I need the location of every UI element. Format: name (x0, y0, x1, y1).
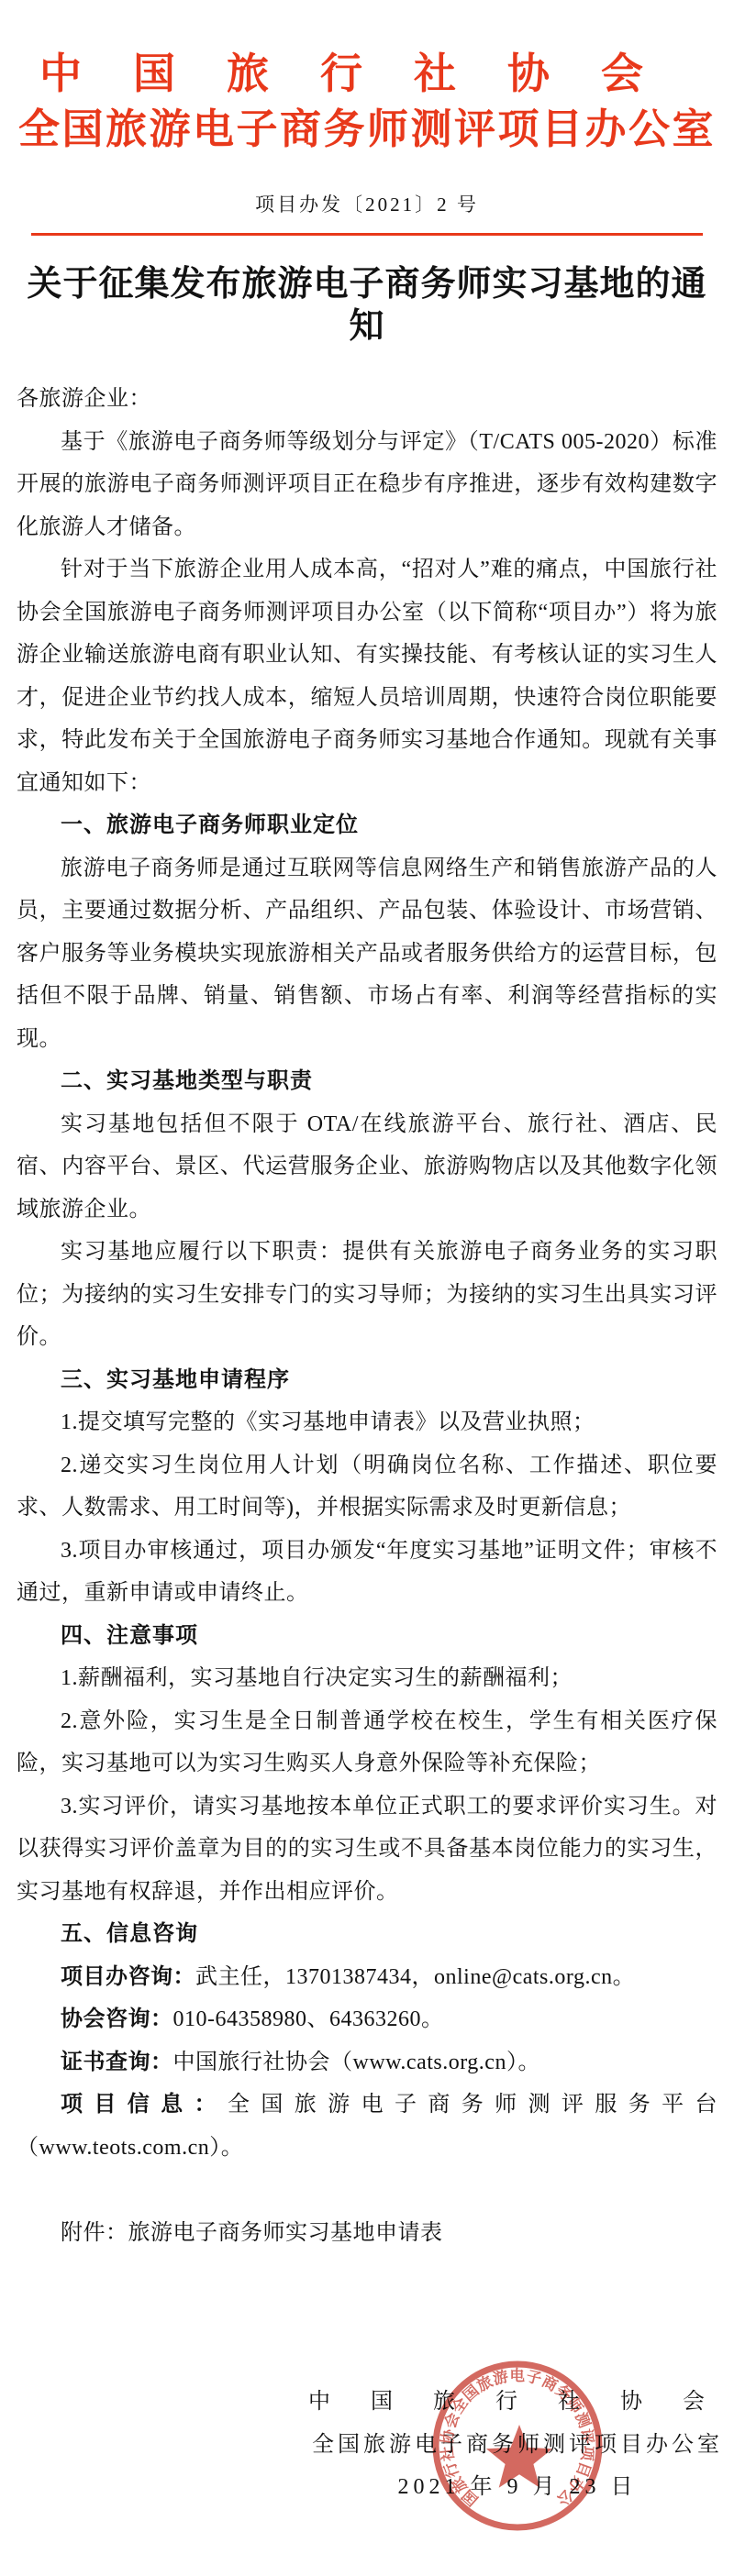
letterhead-org-secondary: 全国旅游电子商务师测评项目办公室 (17, 106, 717, 152)
signature-org-secondary: 全国旅游电子商务师测评项目办公室 (308, 2424, 727, 2467)
contact-line: 项目信息：全国旅游电子商务师测评服务平台（www.teots.com.cn）。 (17, 2084, 717, 2169)
contact-line: 项目办咨询：武主任，13701387434，online@cats.org.cn… (17, 1956, 717, 1999)
section-4-item: 1.薪酬福利，实习基地自行决定实习生的薪酬福利； (17, 1657, 717, 1700)
section-2-paragraph: 实习基地应履行以下职责：提供有关旅游电子商务业务的实习职位；为接纳的实习生安排专… (17, 1231, 717, 1359)
section-2-paragraph: 实习基地包括但不限于 OTA/在线旅游平台、旅行社、酒店、民宿、内容平台、景区、… (17, 1103, 717, 1232)
section-3-item: 1.提交填写完整的《实习基地申请表》以及营业执照； (17, 1401, 717, 1444)
contact-line: 证书查询：中国旅行社协会（www.cats.org.cn）。 (17, 2041, 717, 2084)
contact-label: 项目办咨询： (61, 1965, 195, 1989)
section-heading-4: 四、注意事项 (17, 1615, 717, 1658)
section-heading-1: 一、旅游电子商务师职业定位 (17, 804, 717, 847)
section-1-paragraph: 旅游电子商务师是通过互联网等信息网络生产和销售旅游产品的人员，主要通过数据分析、… (17, 847, 717, 1061)
intro-paragraph: 基于《旅游电子商务师等级划分与评定》（T/CATS 005-2020）标准开展的… (17, 421, 717, 549)
contact-label: 协会咨询： (61, 2007, 173, 2031)
contact-value: 010-64358980、64363260。 (173, 2007, 444, 2031)
section-4-item: 2.意外险，实习生是全日制普通学校在校生，学生有相关医疗保险，实习基地可以为实习… (17, 1700, 717, 1786)
document-page: 中国旅行社协会 全国旅游电子商务师测评项目办公室 项目办发〔2021〕2 号 关… (0, 50, 734, 2255)
section-heading-2: 二、实习基地类型与职责 (17, 1060, 717, 1103)
section-3-item: 3.项目办审核通过，项目办颁发“年度实习基地”证明文件；审核不通过，重新申请或申… (17, 1530, 717, 1615)
salutation: 各旅游企业： (17, 378, 717, 421)
letterhead-org-primary: 中国旅行社协会 (0, 50, 717, 99)
section-3-item: 2.递交实习生岗位用人计划（明确岗位名称、工作描述、职位要求、人数需求、用工时间… (17, 1444, 717, 1530)
contact-label: 证书查询： (61, 2051, 173, 2074)
attachment-note: 附件：旅游电子商务师实习基地申请表 (17, 2212, 717, 2255)
contact-line: 协会咨询：010-64358980、64363260。 (17, 1998, 717, 2041)
document-body: 各旅游企业： 基于《旅游电子商务师等级划分与评定》（T/CATS 005-202… (17, 378, 717, 2255)
section-heading-3: 三、实习基地申请程序 (17, 1359, 717, 1402)
section-heading-5: 五、信息咨询 (17, 1913, 717, 1956)
document-title: 关于征集发布旅游电子商务师实习基地的通知 (17, 263, 717, 348)
intro-paragraph: 针对于当下旅游企业用人成本高，“招对人”难的痛点，中国旅行社协会全国旅游电子商务… (17, 548, 717, 804)
contact-value: 中国旅行社协会（www.cats.org.cn）。 (173, 2051, 540, 2074)
signature-block: 中国旅行社协会 全国旅游电子商务师测评项目办公室 2021 年 9 月 23 日 (308, 2381, 727, 2509)
contact-value: 武主任，13701387434，online@cats.org.cn。 (195, 1965, 635, 1989)
signature-org-primary: 中国旅行社协会 (268, 2381, 727, 2424)
document-number: 项目办发〔2021〕2 号 (17, 191, 717, 218)
signature-date: 2021 年 9 月 23 日 (308, 2466, 727, 2509)
letterhead-divider (31, 233, 703, 236)
section-4-item: 3.实习评价，请实习基地按本单位正式职工的要求评价实习生。对以获得实习评价盖章为… (17, 1786, 717, 1914)
contact-label: 项目信息： (61, 2093, 228, 2117)
